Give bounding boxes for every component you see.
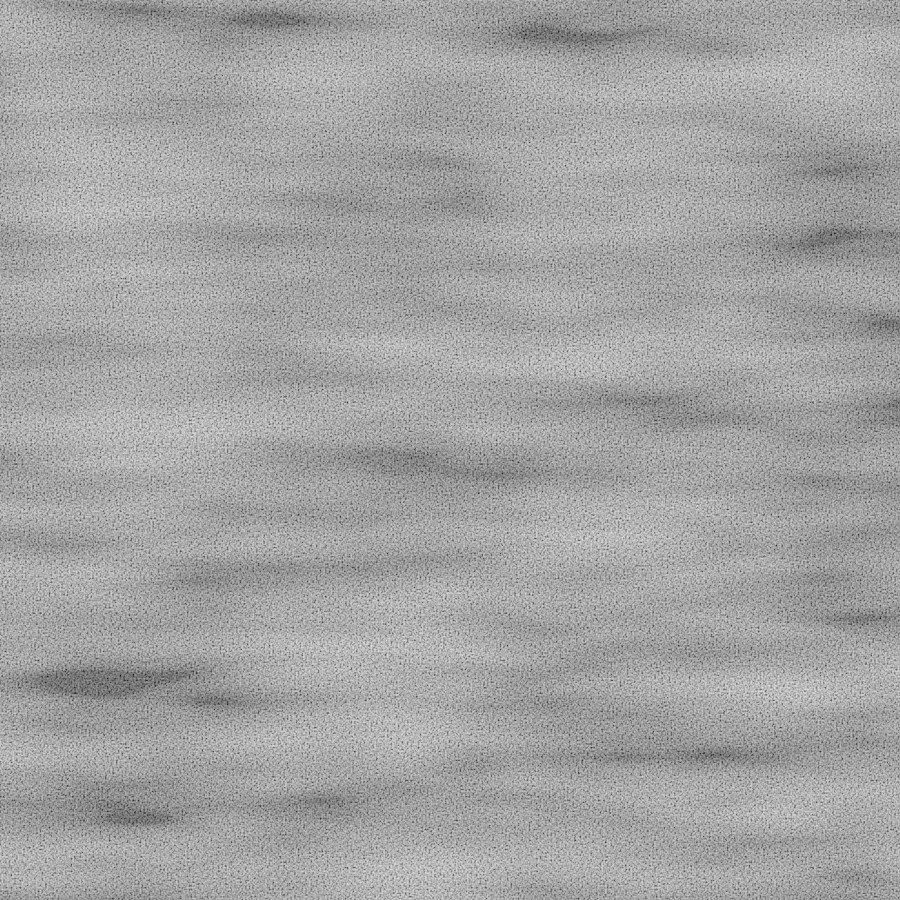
fiber-speckle — [0, 0, 900, 900]
carpet-texture-svg — [0, 0, 900, 900]
carpet-texture-photo — [0, 0, 900, 900]
